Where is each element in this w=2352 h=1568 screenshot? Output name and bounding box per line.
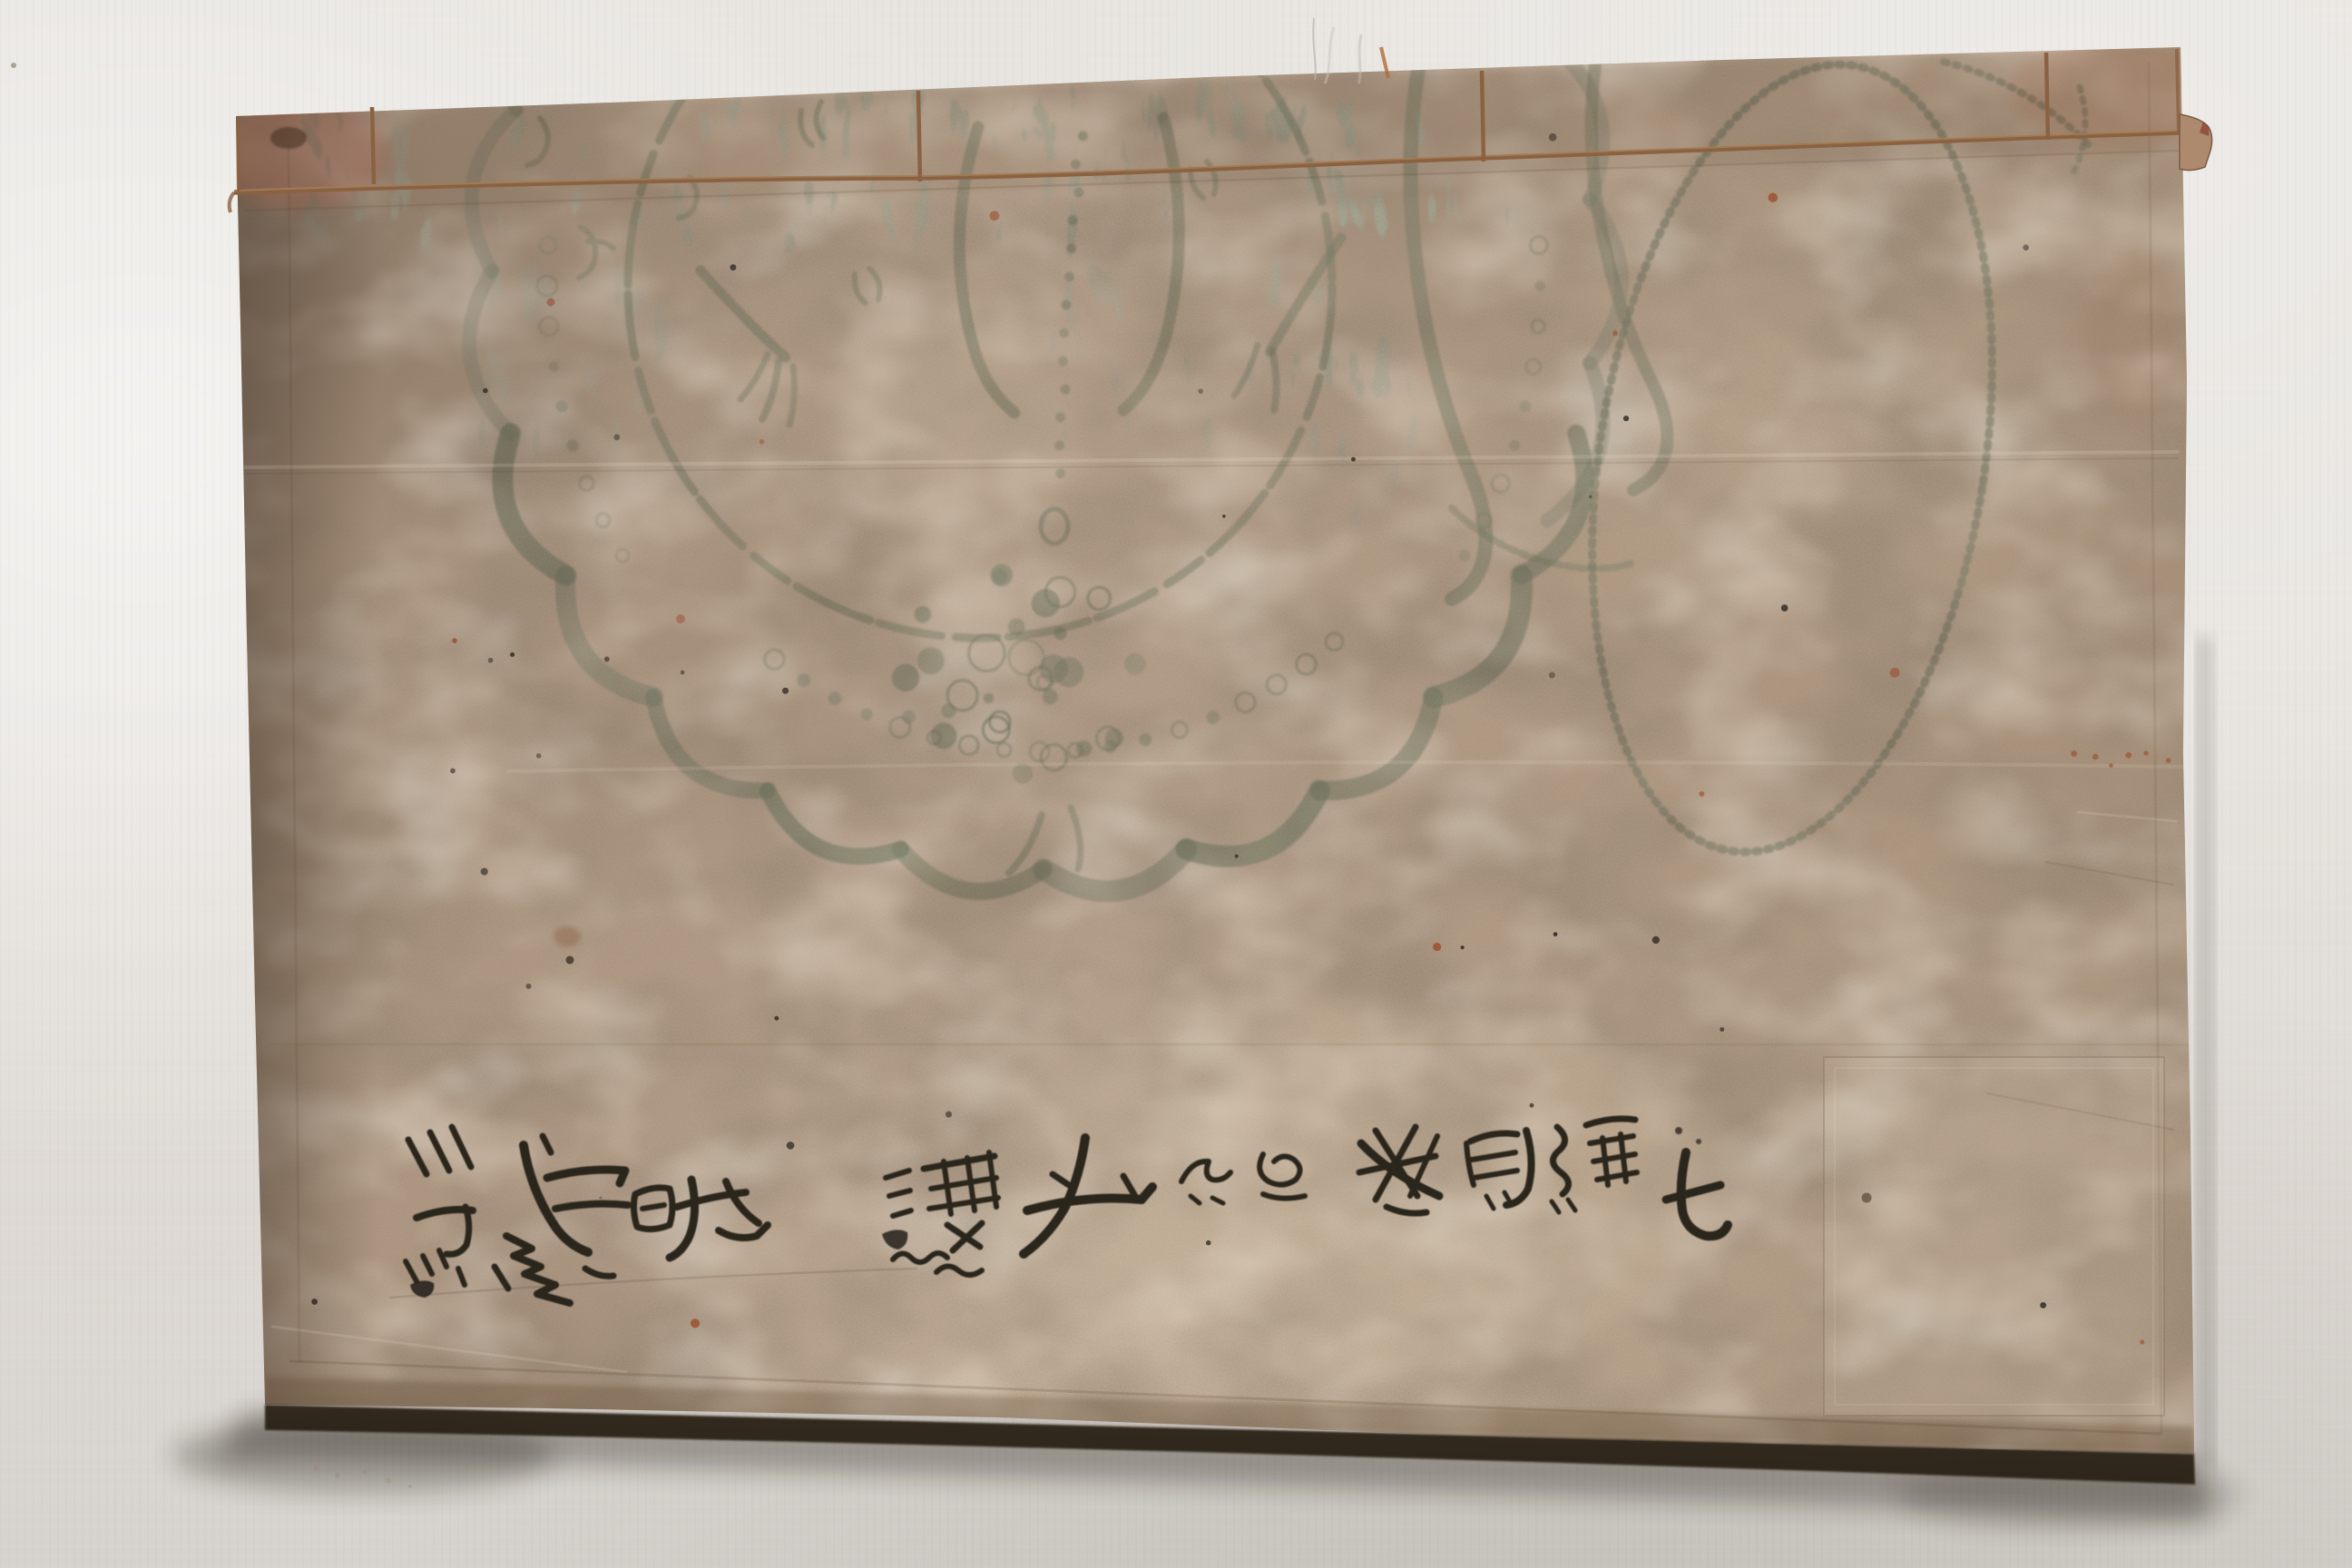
photo-detail-overlay: [0, 0, 2352, 1568]
stamp-top-band-pattern: [390, 53, 1406, 234]
binding-corner-wrap: [2177, 49, 2179, 134]
wall-speck: [11, 63, 16, 68]
ink-dot: [1675, 1127, 1682, 1134]
photograph: [0, 0, 2352, 1568]
dust-fiber: [1313, 18, 1316, 80]
binding-stitch: [918, 91, 920, 181]
label-show-through: [1824, 1057, 2164, 1416]
rust-spot: [547, 299, 555, 307]
ink-dot: [1696, 1139, 1701, 1144]
binding-stitch: [2046, 53, 2048, 140]
binding-stitch: [1482, 71, 1484, 162]
corner-flap: [2180, 114, 2212, 171]
binding-corner-wrap: [238, 118, 239, 194]
binding-stitch: [372, 107, 374, 184]
wall-scuff: [313, 1465, 318, 1471]
